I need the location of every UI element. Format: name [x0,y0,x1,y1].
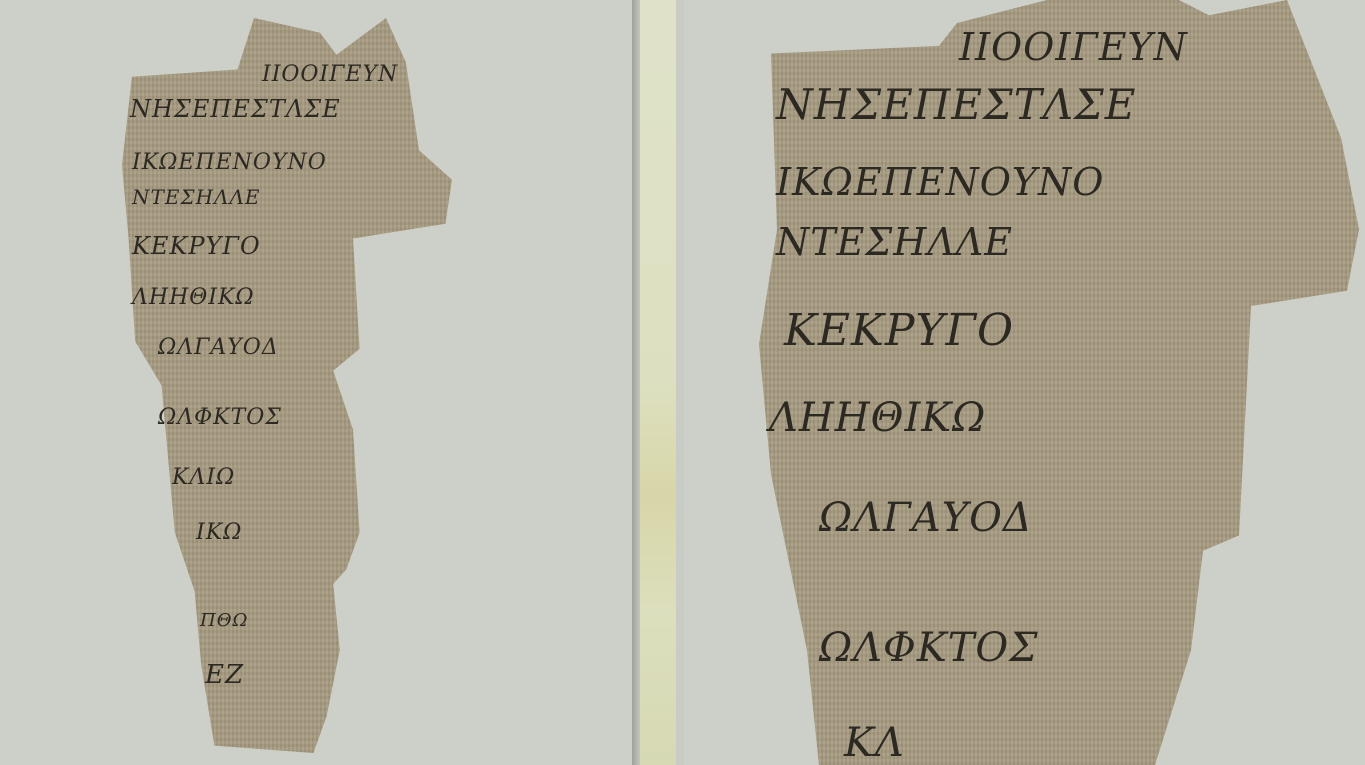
text-line: ΙΚΩΕΠΕΝΟΥΝΟ [132,150,327,175]
text-line: ΙΚΩ [196,520,242,545]
text-line: ΙΙΟΟΙΓΕΥΝ [262,62,398,87]
text-line: ΙΚΩΕΠΕΝΟΥΝΟ [776,160,1104,204]
text-line: ΩΛΓΑΥΟΔ [819,495,1033,541]
text-line: ΚΕΚΡΥΓΟ [784,305,1014,356]
text-line: ΚΕΚΡΥΓΟ [132,232,261,260]
text-line: ΕΖ [205,660,244,690]
separator-shadow [632,0,640,765]
text-line: ΛΗΗΘΙΚΩ [769,395,986,441]
left-photo-panel: ΙΙΟΟΙΓΕΥΝ ΝΗΣΕΠΕΣΤΛΣΕ ΙΚΩΕΠΕΝΟΥΝΟ ΝΤΕΣΗΛ… [0,0,632,765]
text-line: ΩΛΓΑΥΟΔ [158,335,279,360]
text-line: ΛΗΗΘΙΚΩ [132,285,255,310]
separator-strip [640,0,676,765]
text-line: ΝΗΣΕΠΕΣΤΛΣΕ [130,95,341,123]
text-line: ΝΤΕΣΗΛΛΕ [776,220,1013,264]
right-photo-panel: ΙΙΟΟΙΓΕΥΝ ΝΗΣΕΠΕΣΤΛΣΕ ΙΚΩΕΠΕΝΟΥΝΟ ΝΤΕΣΗΛ… [684,0,1365,765]
text-line: ΠΘΩ [200,610,248,631]
panel-separator [632,0,684,765]
text-line: ΚΛΙΩ [172,465,235,490]
papyrus-fragment-full [122,18,452,753]
text-line: ΝΗΣΕΠΕΣΤΛΣΕ [776,80,1136,129]
text-line: ΩΛΦΚΤΟΣ [158,405,282,430]
text-line: ΚΛ [844,720,905,765]
text-line: ΩΛΦΚΤΟΣ [819,625,1038,671]
text-line: ΝΤΕΣΗΛΛΕ [132,185,261,209]
text-line: ΙΙΟΟΙΓΕΥΝ [959,25,1188,69]
